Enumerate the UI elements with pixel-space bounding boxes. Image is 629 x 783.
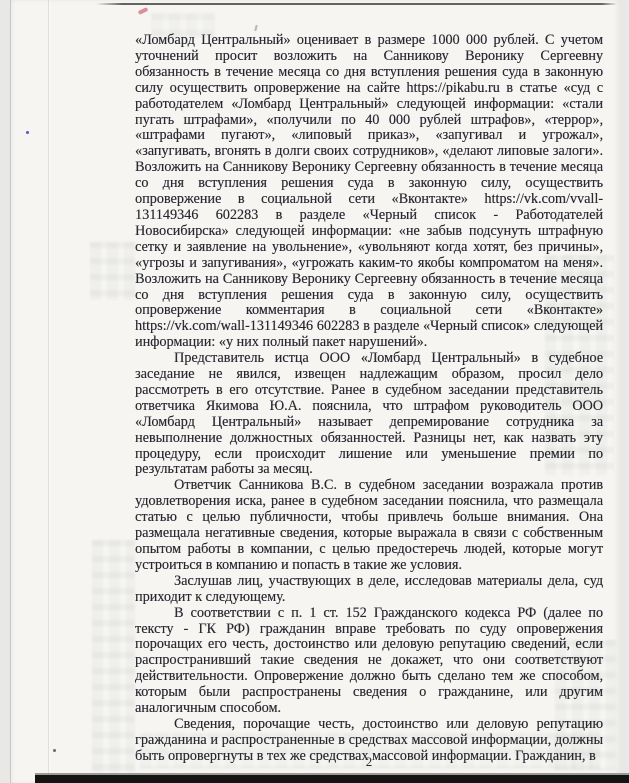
ink-speck-gray [53,749,56,752]
paper-crease [48,0,49,783]
paragraph-5: В соответствии с п. 1 ст. 152 Гражданско… [135,606,603,717]
scanner-bottom-bar [35,773,629,783]
bleed-through-left-margin-upper [90,242,135,300]
paragraph-1: «Ломбард Центральный» оценивает в размер… [135,33,603,351]
ink-speck-blue [26,131,29,134]
page-number: 2 [135,754,603,770]
paragraph-3: Ответчик Санникова В.С. в судебном засед… [135,478,603,573]
paragraph-2: Представитель истца ООО «Ломбард Централ… [135,351,603,478]
bleed-through-left-margin-lower [92,540,135,772]
document-text: «Ломбард Центральный» оценивает в размер… [135,33,603,765]
scan-top-edge-line [96,3,617,5]
paragraph-4: Заслушав лиц, участвующих в деле, исслед… [135,574,603,606]
